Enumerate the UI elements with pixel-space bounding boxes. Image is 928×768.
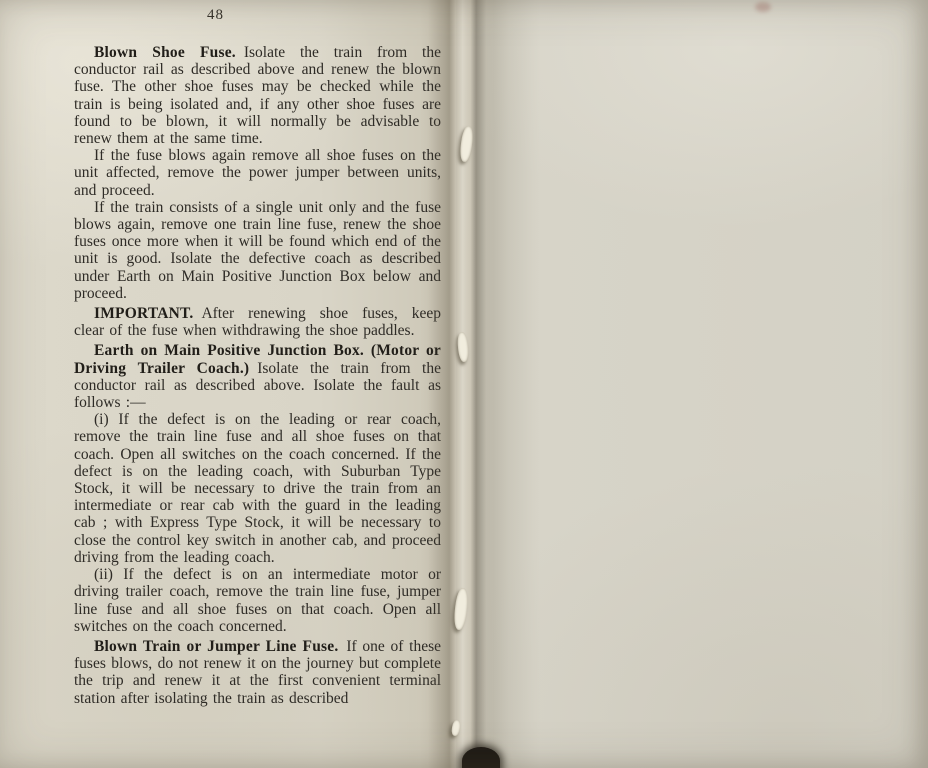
spine-bottom-shadow bbox=[462, 747, 500, 768]
page-number-left: 48 bbox=[207, 7, 224, 24]
body-text: (ii) If the defect is on an intermediate… bbox=[74, 566, 441, 635]
heading-blown-shoe-fuse: Blown Shoe Fuse. bbox=[94, 44, 244, 61]
book-scan-photo: 48 Blown Shoe Fuse.Isolate the train fro… bbox=[0, 0, 928, 768]
body-text: (i) If the defect is on the leading or r… bbox=[74, 411, 441, 566]
page-48: 48 Blown Shoe Fuse.Isolate the train fro… bbox=[0, 0, 456, 768]
para-blown-shoe-fuse: Blown Shoe Fuse.Isolate the train from t… bbox=[74, 44, 441, 147]
page-49: 49 above. If the fuse blows again do not… bbox=[456, 0, 928, 768]
para-important: IMPORTANT.After renewing shoe fuses, kee… bbox=[74, 305, 441, 339]
para-earth-main-positive-junction-box: Earth on Main Positive Junction Box. (Mo… bbox=[74, 342, 441, 411]
page-48-text: Blown Shoe Fuse.Isolate the train from t… bbox=[74, 41, 441, 707]
para-item-i: (i) If the defect is on the leading or r… bbox=[74, 411, 441, 566]
body-text: If the fuse blows again remove all shoe … bbox=[74, 147, 441, 198]
paragraph: If the train consists of a single unit o… bbox=[74, 199, 441, 302]
paper-stain bbox=[755, 2, 771, 12]
body-text: If the train consists of a single unit o… bbox=[74, 199, 441, 302]
para-item-ii: (ii) If the defect is on an intermediate… bbox=[74, 566, 441, 635]
paragraph: If the fuse blows again remove all shoe … bbox=[74, 147, 441, 199]
para-blown-train-or-jumper-line-fuse: Blown Train or Jumper Line Fuse.If one o… bbox=[74, 638, 441, 707]
heading-blown-train-or-jumper-line-fuse: Blown Train or Jumper Line Fuse. bbox=[94, 638, 346, 655]
heading-important: IMPORTANT. bbox=[94, 305, 201, 322]
